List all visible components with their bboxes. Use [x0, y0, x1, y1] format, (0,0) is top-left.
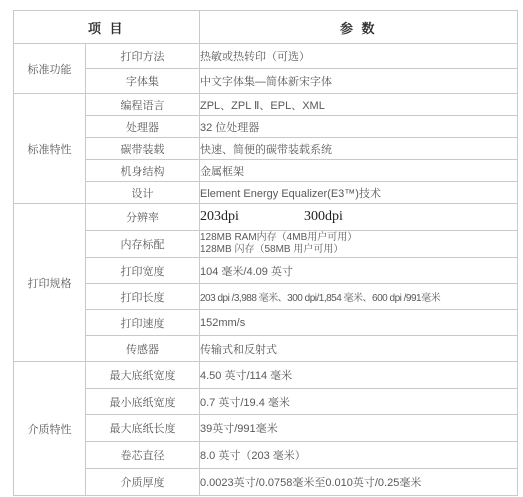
spec-value: 金属框架	[200, 160, 518, 182]
spec-value: 4.50 英寸/114 毫米	[200, 362, 518, 389]
table-row: 传感器 传输式和反射式	[14, 336, 518, 362]
table-row: 打印规格 分辨率 203dpi 300dpi	[14, 204, 518, 231]
spec-value: 8.0 英寸（203 毫米）	[200, 442, 518, 469]
spec-label: 碳带装载	[86, 138, 200, 160]
spec-table: 项 目 参 数 标准功能 打印方法 热敏或热转印（可选） 字体集 中文字体集—简…	[13, 10, 518, 496]
table-row: 介质特性 最大底纸宽度 4.50 英寸/114 毫米	[14, 362, 518, 389]
spec-label: 最大底纸长度	[86, 415, 200, 442]
spec-label: 打印宽度	[86, 258, 200, 284]
spec-label: 最小底纸宽度	[86, 389, 200, 415]
spec-label: 分辨率	[86, 204, 200, 231]
spec-value: 快速、简便的碳带装载系统	[200, 138, 518, 160]
table-row: 介质厚度 0.0023英寸/0.0758毫米至0.010英寸/0.25毫米	[14, 469, 518, 496]
spec-value: 104 毫米/4.09 英寸	[200, 258, 518, 284]
spec-value: 传输式和反射式	[200, 336, 518, 362]
spec-label: 内存标配	[86, 231, 200, 258]
table-row: 字体集 中文字体集—简体新宋字体	[14, 69, 518, 94]
spec-label: 卷芯直径	[86, 442, 200, 469]
table-row: 处理器 32 位处理器	[14, 116, 518, 138]
spec-label: 介质厚度	[86, 469, 200, 496]
memory-line-2: 128MB 闪存（58MB 用户可用）	[200, 244, 517, 257]
spec-label: 最大底纸宽度	[86, 362, 200, 389]
table-row: 内存标配 128MB RAM内存（4MB用户可用） 128MB 闪存（58MB …	[14, 231, 518, 258]
table-row: 标准特性 编程语言 ZPL、ZPL Ⅱ、EPL、XML	[14, 94, 518, 116]
spec-label: 设计	[86, 182, 200, 204]
table-row: 设计 Element Energy Equalizer(E3™)技术	[14, 182, 518, 204]
group-label-media-characteristics: 介质特性	[14, 362, 86, 496]
spec-value-resolution: 203dpi 300dpi	[200, 204, 518, 231]
spec-value-memory: 128MB RAM内存（4MB用户可用） 128MB 闪存（58MB 用户可用）	[200, 231, 518, 258]
table-row: 打印速度 152mm/s	[14, 310, 518, 336]
spec-value: 0.0023英寸/0.0758毫米至0.010英寸/0.25毫米	[200, 469, 518, 496]
spec-value: Element Energy Equalizer(E3™)技术	[200, 182, 518, 204]
spec-label: 打印速度	[86, 310, 200, 336]
table-row: 卷芯直径 8.0 英寸（203 毫米）	[14, 442, 518, 469]
group-label-print-specs: 打印规格	[14, 204, 86, 362]
spec-value: 中文字体集—简体新宋字体	[200, 69, 518, 94]
group-label-standard-functions: 标准功能	[14, 44, 86, 94]
memory-line-1: 128MB RAM内存（4MB用户可用）	[200, 232, 517, 245]
spec-sheet-page: 项 目 参 数 标准功能 打印方法 热敏或热转印（可选） 字体集 中文字体集—简…	[0, 0, 523, 497]
table-row: 最小底纸宽度 0.7 英寸/19.4 毫米	[14, 389, 518, 415]
header-item-column: 项 目	[14, 11, 200, 44]
spec-label: 打印方法	[86, 44, 200, 69]
header-param-column: 参 数	[200, 11, 518, 44]
spec-value: 0.7 英寸/19.4 毫米	[200, 389, 518, 415]
group-label-standard-features: 标准特性	[14, 94, 86, 204]
table-row: 最大底纸长度 39英寸/991毫米	[14, 415, 518, 442]
spec-label: 传感器	[86, 336, 200, 362]
table-row: 打印宽度 104 毫米/4.09 英寸	[14, 258, 518, 284]
resolution-203dpi: 203dpi	[200, 209, 239, 224]
table-row: 碳带装载 快速、简便的碳带装载系统	[14, 138, 518, 160]
spec-value: ZPL、ZPL Ⅱ、EPL、XML	[200, 94, 518, 116]
spec-value: 热敏或热转印（可选）	[200, 44, 518, 69]
table-row: 打印长度 203 dpi /3,988 毫米、300 dpi/1,854 毫米、…	[14, 284, 518, 310]
spec-value: 32 位处理器	[200, 116, 518, 138]
table-row: 标准功能 打印方法 热敏或热转印（可选）	[14, 44, 518, 69]
spec-label: 机身结构	[86, 160, 200, 182]
header-row: 项 目 参 数	[14, 11, 518, 44]
spec-label: 打印长度	[86, 284, 200, 310]
spec-label: 处理器	[86, 116, 200, 138]
spec-label: 字体集	[86, 69, 200, 94]
spec-value: 152mm/s	[200, 310, 518, 336]
resolution-300dpi: 300dpi	[304, 209, 343, 224]
spec-value: 39英寸/991毫米	[200, 415, 518, 442]
spec-value: 203 dpi /3,988 毫米、300 dpi/1,854 毫米、600 d…	[200, 284, 518, 310]
spec-label: 编程语言	[86, 94, 200, 116]
table-row: 机身结构 金属框架	[14, 160, 518, 182]
